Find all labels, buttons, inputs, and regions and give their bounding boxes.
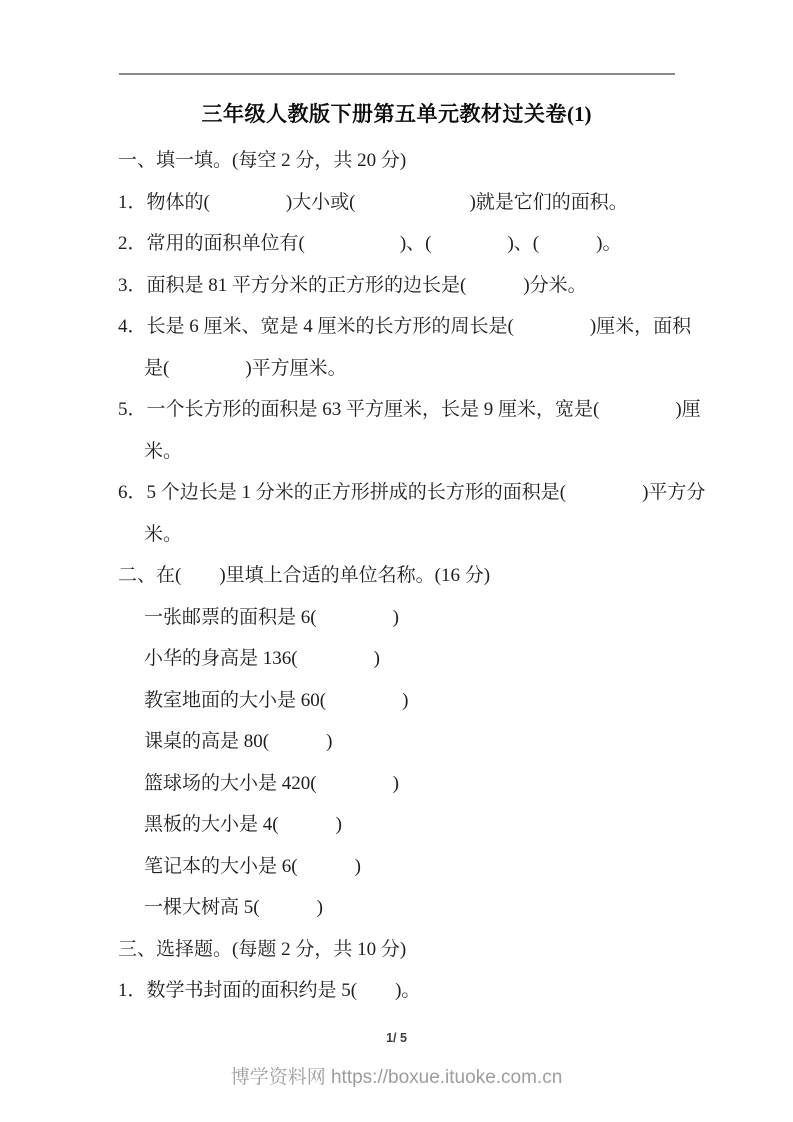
- document-page: 三年级人教版下册第五单元教材过关卷(1) 一、填一填。(每空 2 分，共 20 …: [0, 0, 793, 1122]
- section-heading: 二、在( )里填上合适的单位名称。(16 分): [118, 555, 718, 597]
- question-line: 5．一个长方形的面积是 63 平方厘米，长是 9 厘米，宽是( )厘: [118, 389, 718, 431]
- section-heading: 三、选择题。(每题 2 分，共 10 分): [118, 929, 718, 971]
- page-title-text: 三年级人教版下册第五单元教材过关卷: [202, 103, 568, 126]
- header-divider-line: [119, 73, 675, 75]
- question-line: 一棵大树高 5( ): [118, 887, 718, 929]
- question-line: 2．常用的面积单位有( )、( )、( )。: [118, 223, 718, 265]
- question-line: 4．长是 6 厘米、宽是 4 厘米的长方形的周长是( )厘米，面积: [118, 306, 718, 348]
- question-line-continuation: 米。: [118, 514, 718, 556]
- question-line: 笔记本的大小是 6( ): [118, 846, 718, 888]
- question-line: 3．面积是 81 平方分米的正方形的边长是( )分米。: [118, 265, 718, 307]
- question-line-continuation: 米。: [118, 431, 718, 473]
- question-line-continuation: 是( )平方厘米。: [118, 348, 718, 390]
- question-line: 小华的身高是 136( ): [118, 638, 718, 680]
- section-heading: 一、填一填。(每空 2 分，共 20 分): [118, 140, 718, 182]
- page-title: 三年级人教版下册第五单元教材过关卷(1): [0, 99, 793, 130]
- question-line: 篮球场的大小是 420( ): [118, 763, 718, 805]
- footer-site-link: 博学资料网 https://boxue.ituoke.com.cn: [0, 1066, 793, 1090]
- question-line: 1．数学书封面的面积约是 5( )。: [118, 970, 718, 1012]
- question-line: 6．5 个边长是 1 分米的正方形拼成的长方形的面积是( )平方分: [118, 472, 718, 514]
- question-line: 一张邮票的面积是 6( ): [118, 597, 718, 639]
- question-line: 1．物体的( )大小或( )就是它们的面积。: [118, 182, 718, 224]
- question-list: 一、填一填。(每空 2 分，共 20 分) 1．物体的( )大小或( )就是它们…: [118, 140, 718, 1012]
- page-number: 1/ 5: [0, 1030, 793, 1046]
- question-line: 课桌的高是 80( ): [118, 721, 718, 763]
- page-title-suffix: (1): [567, 102, 592, 126]
- question-line: 教室地面的大小是 60( ): [118, 680, 718, 722]
- question-line: 黑板的大小是 4( ): [118, 804, 718, 846]
